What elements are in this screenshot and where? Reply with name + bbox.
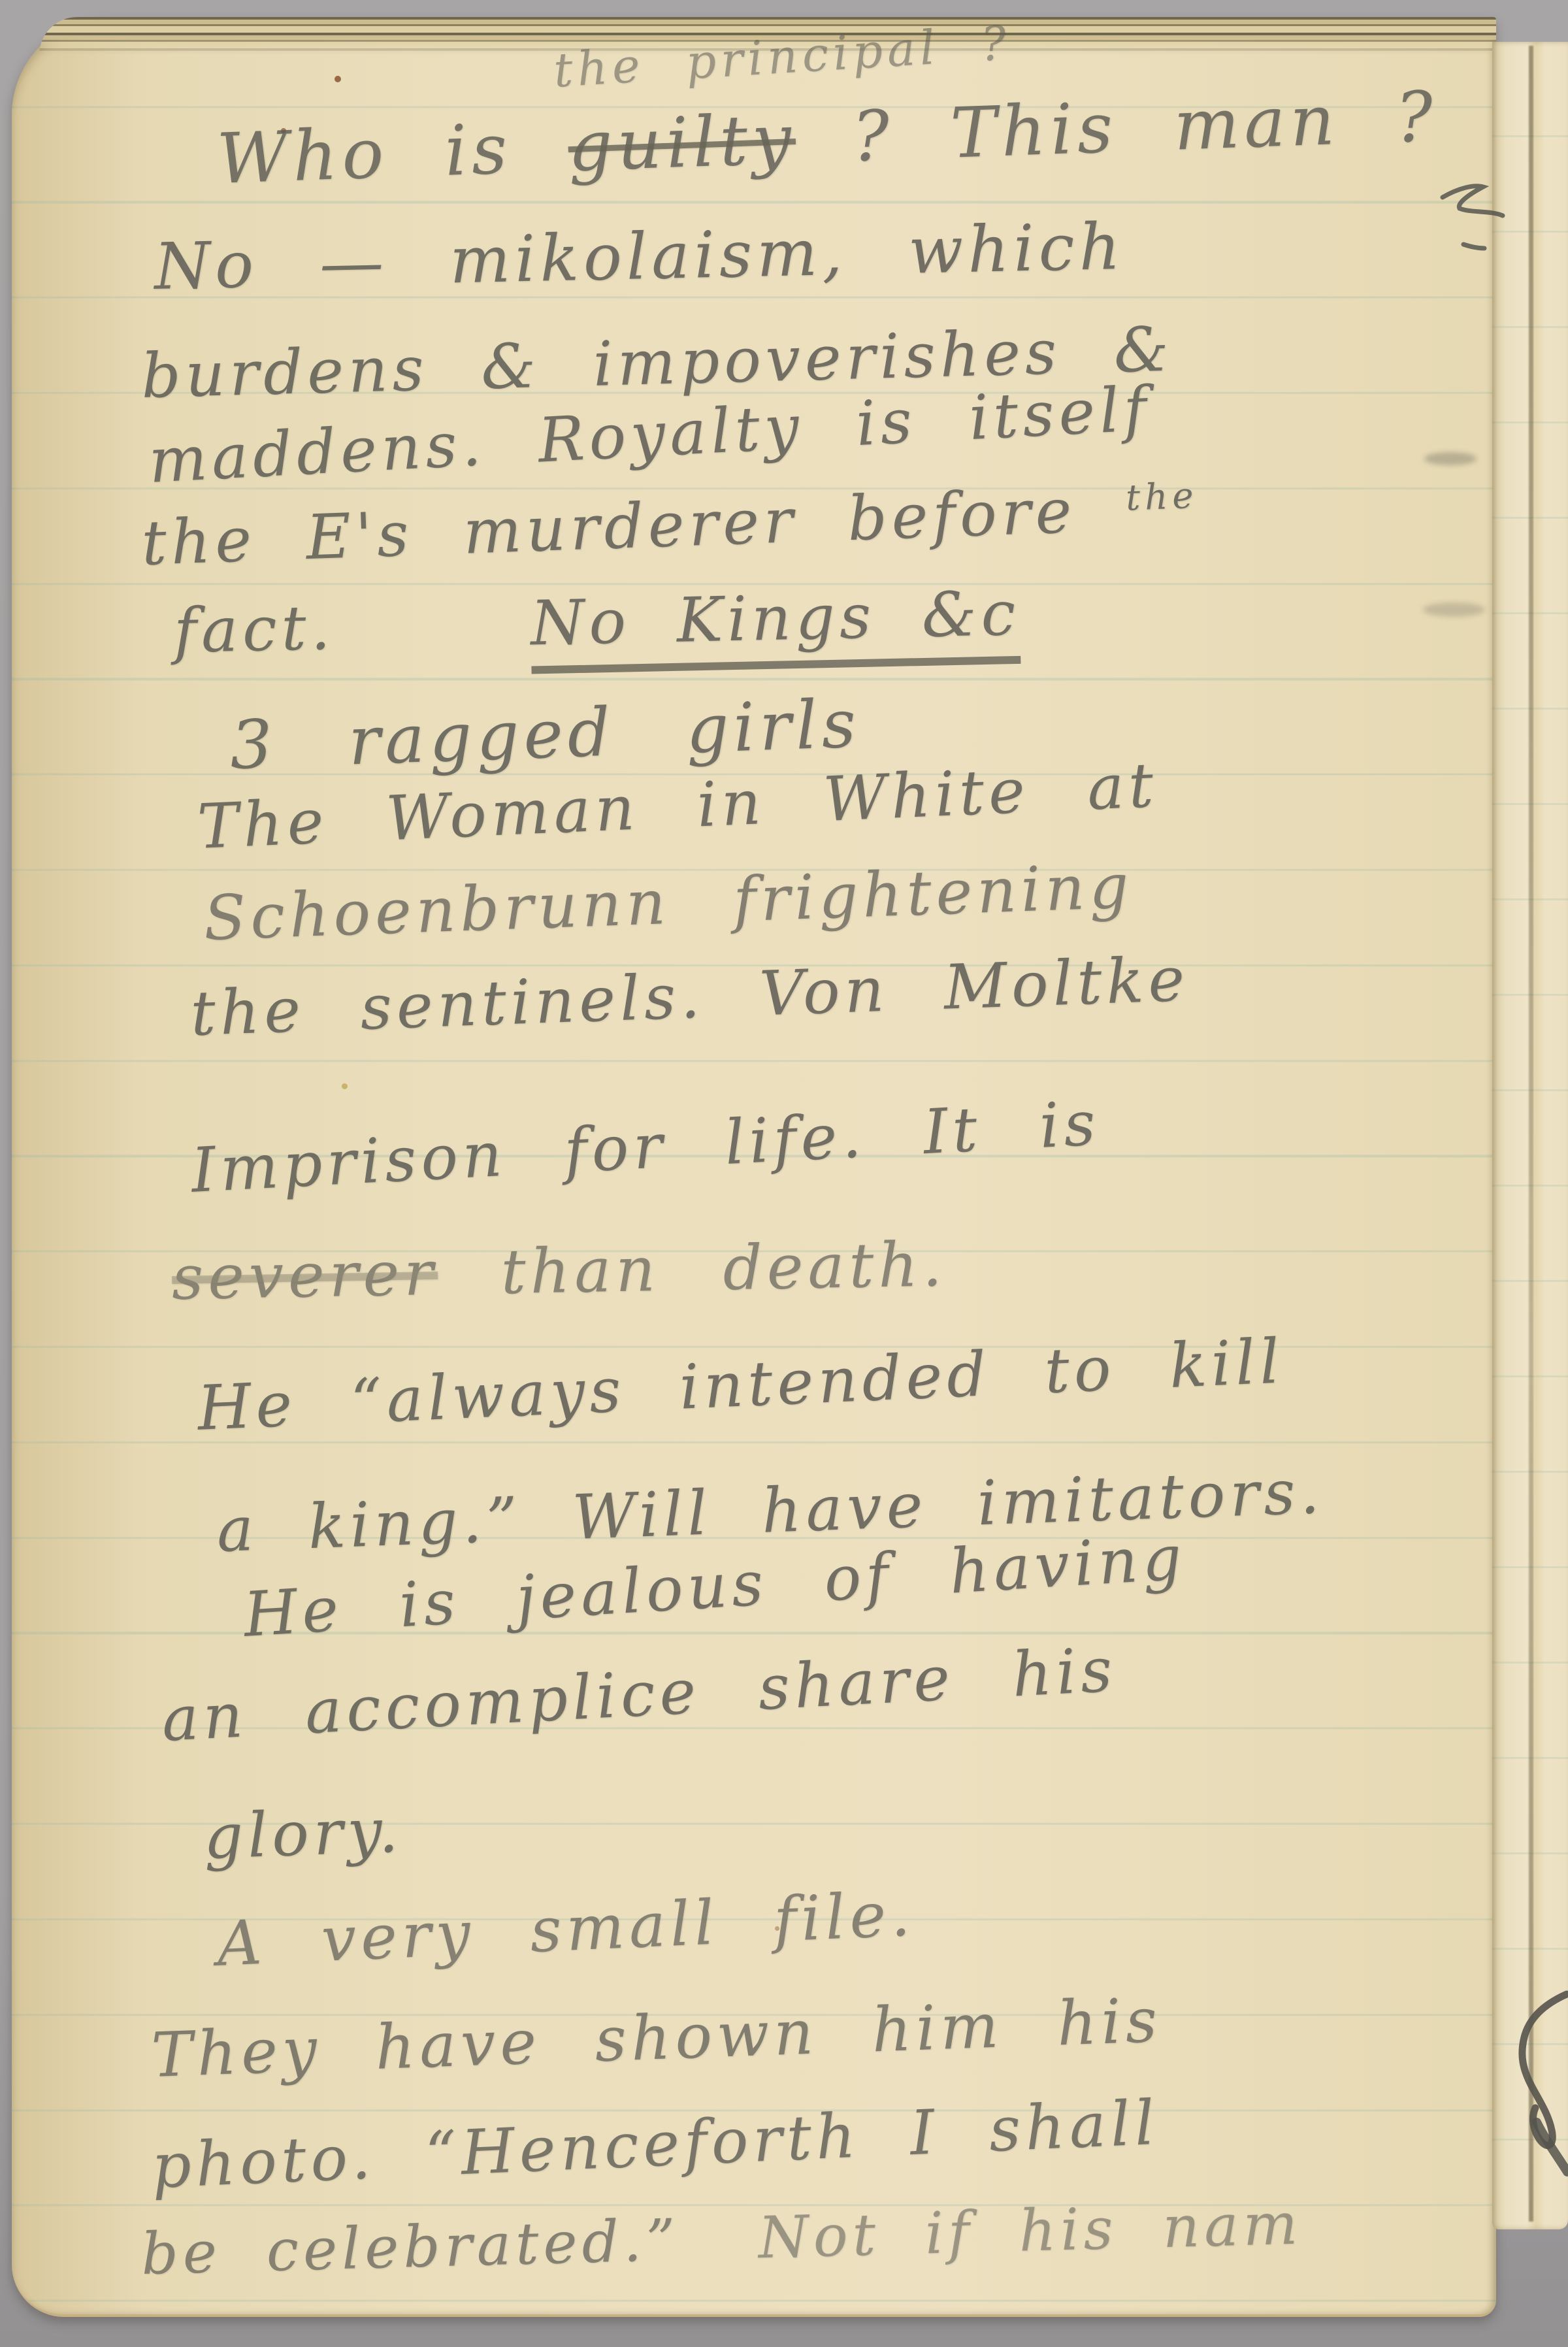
underlined-phrase: No Kings &c [530,578,1021,674]
handwriting-line-13: severer than death. [171,1229,947,1314]
pencil-smudge [1423,602,1485,617]
page-crease [1529,46,1533,2222]
pencil-smudge [1424,452,1477,465]
page-edge-stack-left [12,17,126,2314]
photographed-notebook-scene: the principal ? Who is guilty ? This man… [0,0,1568,2347]
foxing-spot [342,1083,348,1089]
foxing-spot [335,76,341,82]
scribble-sketch [1483,1986,1568,2261]
smudged-word: severer [171,1238,438,1314]
line-7-fact: fact. [173,593,335,667]
handwriting-line-18: glory. [203,1795,404,1873]
line-22-pre: be celebrated.” [140,2206,681,2288]
line-13-post: than death. [437,1229,947,1309]
superscript-word: the [1125,474,1198,519]
ink-squiggle [1434,169,1526,260]
strikethrough-word: guilty [566,99,796,187]
line-22-post: Not if his nam [757,2190,1303,2271]
line-2-pre: Who is [216,107,570,199]
